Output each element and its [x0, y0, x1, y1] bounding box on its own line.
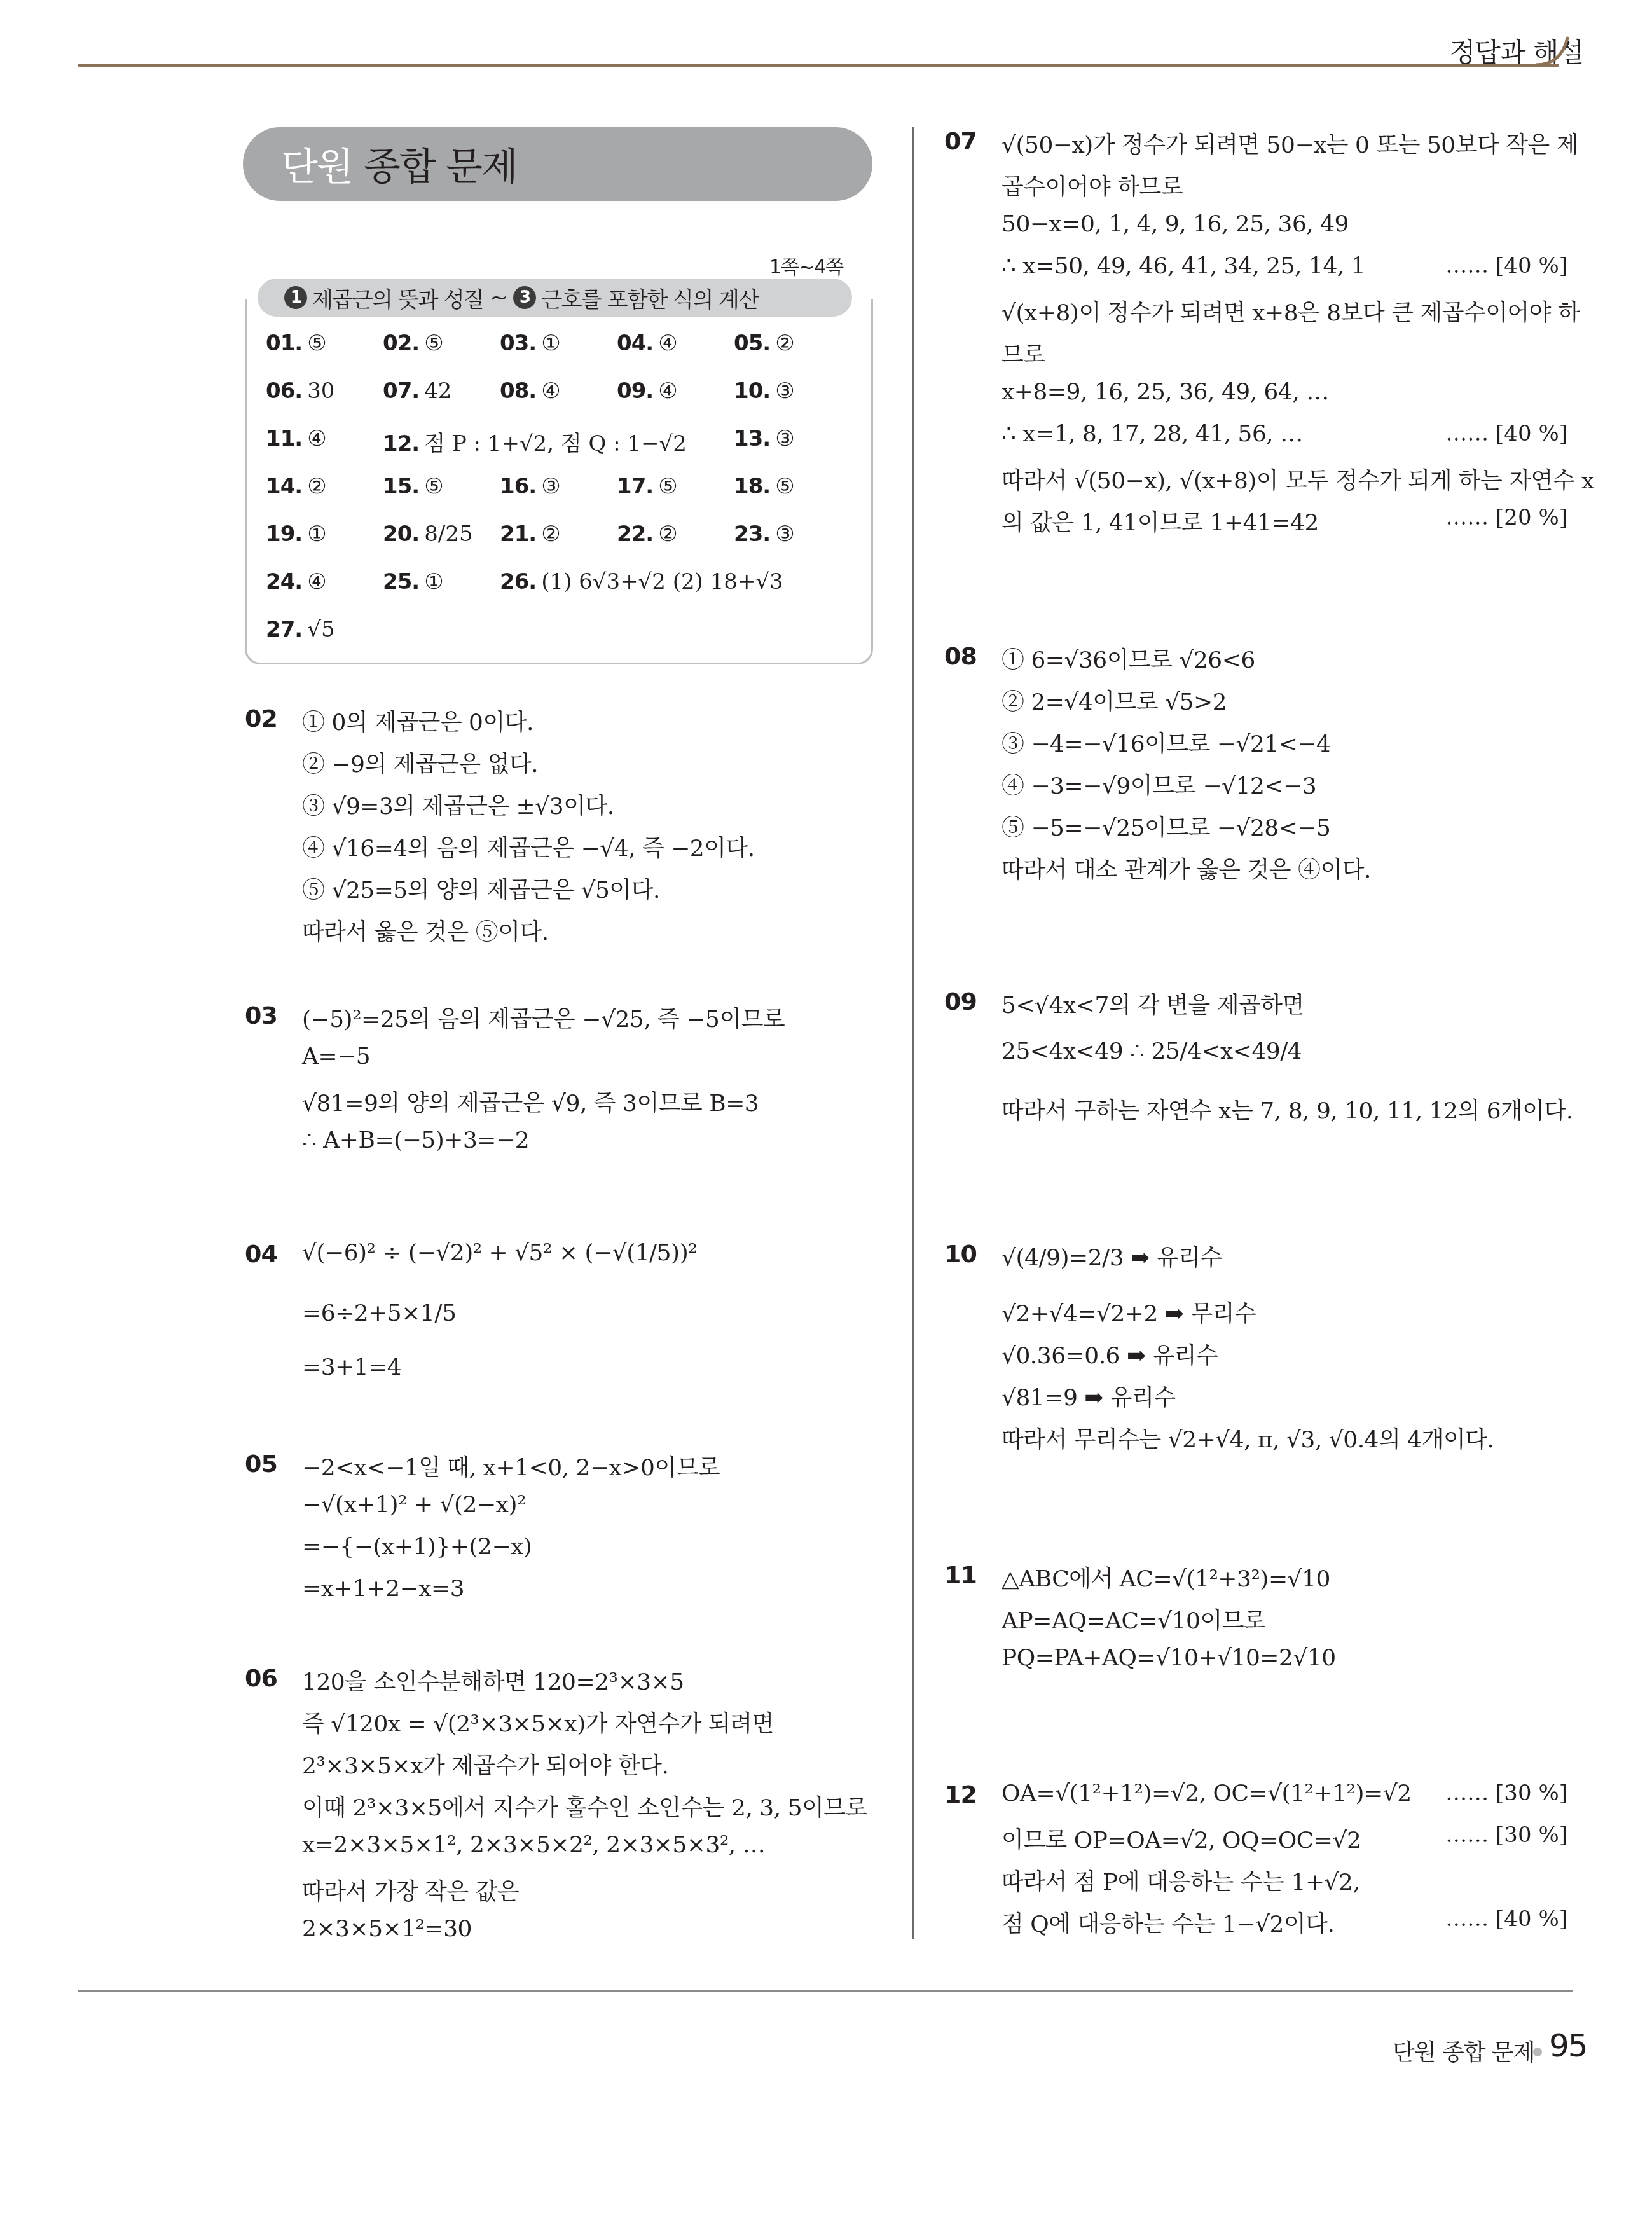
solution-number: 06 [245, 1664, 277, 1692]
solution-line: x=2×3×5×1², 2×3×5×2², 2×3×5×3², … [302, 1832, 765, 1858]
column-divider [912, 127, 914, 1939]
answer-item: 12.점 P : 1+√2, 점 Q : 1−√2 [383, 426, 687, 457]
solution-line: ④ −3=−√9이므로 −√12<−3 [1002, 768, 1316, 801]
answer-item: 26.(1) 6√3+√2 (2) 18+√3 [500, 569, 783, 595]
footer-bullet-icon [1533, 2048, 1542, 2056]
solution-line: 따라서 대소 관계가 옳은 것은 ④이다. [1002, 852, 1371, 884]
answer-item: 18.⑤ [734, 474, 795, 499]
solution-line: 의 값은 1, 41이므로 1+41=42 [1002, 505, 1319, 537]
answer-item: 13.③ [734, 426, 795, 451]
answer-item: 16.③ [500, 474, 561, 499]
answer-row: 19.① 20.8/25 21.② 22.② 23.③ [266, 521, 851, 560]
answer-item: 27.√5 [266, 617, 335, 642]
solution-line: −2<x<−1일 때, x+1<0, 2−x>0이므로 [302, 1450, 720, 1482]
solution-line: ② −9의 제곱근은 없다. [302, 747, 538, 779]
page-range: 1쪽~4쪽 [769, 251, 843, 279]
solution-line: 따라서 옳은 것은 ⑤이다. [302, 914, 549, 947]
footer-rule [78, 1990, 1573, 1992]
solution-line: 따라서 √(50−x), √(x+8)이 모두 정수가 되게 하는 자연수 x [1002, 463, 1594, 495]
solution-line: 따라서 구하는 자연수 x는 7, 8, 9, 10, 11, 12의 6개이다… [1002, 1093, 1573, 1125]
score-weight: …… [30 %] [1445, 1822, 1567, 1848]
answer-row: 11.④ 12.점 P : 1+√2, 점 Q : 1−√2 13.③ [266, 426, 851, 464]
score-weight: …… [40 %] [1445, 253, 1567, 279]
answer-item: 01.⑤ [266, 331, 327, 356]
solution-line: x+8=9, 16, 25, 36, 49, 64, … [1002, 379, 1329, 405]
solution-line: ∴ x=50, 49, 46, 41, 34, 25, 14, 1 [1002, 253, 1365, 279]
answer-row: 27.√5 [266, 617, 851, 655]
solution-line: =x+1+2−x=3 [302, 1576, 464, 1602]
header-rule [78, 64, 1559, 67]
score-weight: …… [30 %] [1445, 1780, 1567, 1806]
footer-section-label: 단원 종합 문제 [1393, 2035, 1535, 2067]
solution-number: 10 [944, 1240, 977, 1268]
solution-line: 이때 2³×3×5에서 지수가 홀수인 소인수는 2, 3, 5이므로 [302, 1790, 867, 1822]
solution-line: 따라서 가장 작은 값은 [302, 1874, 519, 1906]
answer-item: 07.42 [383, 378, 452, 404]
solution-line: ④ √16=4의 음의 제곱근은 −√4, 즉 −2이다. [302, 830, 755, 863]
answer-item: 06.30 [266, 378, 335, 404]
score-weight: …… [20 %] [1445, 505, 1567, 530]
solution-number: 07 [944, 127, 977, 155]
solution-line: 120을 소인수분해하면 120=2³×3×5 [302, 1664, 684, 1697]
solution-line: ⑤ √25=5의 양의 제곱근은 √5이다. [302, 872, 660, 905]
solution-number: 02 [245, 705, 277, 733]
answer-item: 02.⑤ [383, 331, 444, 356]
unit-title-dark: 종합 문제 [364, 137, 517, 191]
answer-item: 23.③ [734, 521, 795, 547]
answer-item: 24.④ [266, 569, 327, 595]
answer-item: 11.④ [266, 426, 327, 451]
solution-line: 2³×3×5×x가 제곱수가 되어야 한다. [302, 1748, 668, 1780]
solution-line: 즉 √120x = √(2³×3×5×x)가 자연수가 되려면 [302, 1706, 774, 1738]
answer-item: 15.⑤ [383, 474, 444, 499]
solution-number: 04 [245, 1240, 277, 1268]
section-number-badge: 3 [513, 286, 536, 309]
solution-line: 따라서 점 P에 대응하는 수는 1+√2, [1002, 1864, 1359, 1897]
answer-row: 14.② 15.⑤ 16.③ 17.⑤ 18.⑤ [266, 474, 851, 512]
solution-line: ③ √9=3의 제곱근은 ±√3이다. [302, 788, 614, 821]
range-separator: ~ [490, 285, 507, 310]
section-number-badge: 1 [284, 286, 307, 309]
answer-item: 03.① [500, 331, 561, 356]
solution-line: A=−5 [302, 1043, 370, 1070]
unit-title-light: 단원 [281, 137, 352, 191]
solution-line: 므로 [1002, 337, 1045, 369]
solution-line: ∴ x=1, 8, 17, 28, 41, 56, … [1002, 421, 1303, 447]
solution-line: ② 2=√4이므로 √5>2 [1002, 684, 1227, 717]
solution-line: 5<√4x<7의 각 변을 제곱하면 [1002, 988, 1304, 1020]
solution-line: −√(x+1)² + √(2−x)² [302, 1492, 526, 1518]
solution-line: OA=√(1²+1²)=√2, OC=√(1²+1²)=√2 [1002, 1780, 1412, 1807]
answer-row: 06.30 07.42 08.④ 09.④ 10.③ [266, 378, 851, 416]
answer-item: 10.③ [734, 378, 795, 404]
solution-line: √2+√4=√2+2 ➡ 무리수 [1002, 1296, 1256, 1328]
answer-item: 20.8/25 [383, 521, 473, 547]
solution-line: (−5)²=25의 음의 제곱근은 −√25, 즉 −5이므로 [302, 1001, 785, 1034]
solution-line: ① 0의 제곱근은 0이다. [302, 705, 533, 737]
solution-line: √81=9의 양의 제곱근은 √9, 즉 3이므로 B=3 [302, 1085, 759, 1118]
answer-row: 24.④ 25.① 26.(1) 6√3+√2 (2) 18+√3 [266, 569, 851, 607]
solution-line: =−{−(x+1)}+(2−x) [302, 1534, 532, 1560]
section-title-start: 제곱근의 뜻과 성질 [312, 282, 483, 313]
solution-line: =3+1=4 [302, 1354, 401, 1380]
solution-line: ① 6=√36이므로 √26<6 [1002, 642, 1255, 675]
answer-item: 09.④ [617, 378, 678, 404]
answer-row: 01.⑤ 02.⑤ 03.① 04.④ 05.② [266, 331, 851, 369]
answer-item: 14.② [266, 474, 327, 499]
solution-line: ③ −4=−√16이므로 −√21<−4 [1002, 726, 1331, 759]
unit-title-banner: 단원 종합 문제 [243, 127, 872, 201]
answer-item: 25.① [383, 569, 444, 595]
solution-number: 05 [245, 1450, 277, 1478]
solution-line: 2×3×5×1²=30 [302, 1916, 472, 1942]
solution-line: √(−6)² ÷ (−√2)² + √5² × (−√(1/5))² [302, 1240, 697, 1266]
solution-line: 따라서 무리수는 √2+√4, π, √3, √0.4의 4개이다. [1002, 1422, 1494, 1454]
answer-item: 17.⑤ [617, 474, 678, 499]
solution-number: 03 [245, 1001, 277, 1029]
header-rule-curve [1536, 35, 1574, 67]
answer-item: 05.② [734, 331, 795, 356]
solution-line: 25<4x<49 ∴ 25/4<x<49/4 [1002, 1038, 1302, 1064]
solution-line: =6÷2+5×1/5 [302, 1300, 456, 1326]
answer-item: 04.④ [617, 331, 678, 356]
solution-line: △ABC에서 AC=√(1²+3²)=√10 [1002, 1561, 1330, 1593]
answer-item: 19.① [266, 521, 327, 547]
answer-item: 08.④ [500, 378, 561, 404]
score-weight: …… [40 %] [1445, 421, 1567, 446]
solution-number: 09 [944, 988, 977, 1015]
solution-line: AP=AQ=AC=√10이므로 [1002, 1603, 1265, 1635]
solution-number: 08 [944, 642, 977, 670]
solution-line: √0.36=0.6 ➡ 유리수 [1002, 1338, 1218, 1370]
page-number: 95 [1549, 2027, 1587, 2064]
solution-number: 11 [944, 1561, 977, 1589]
solution-line: √(50−x)가 정수가 되려면 50−x는 0 또는 50보다 작은 제 [1002, 127, 1578, 160]
answer-item: 22.② [617, 521, 678, 547]
solution-line: ⑤ −5=−√25이므로 −√28<−5 [1002, 810, 1331, 843]
answer-item: 21.② [500, 521, 561, 547]
solution-line: 점 Q에 대응하는 수는 1−√2이다. [1002, 1906, 1334, 1939]
solution-line: √(4/9)=2/3 ➡ 유리수 [1002, 1240, 1222, 1272]
solution-line: PQ=PA+AQ=√10+√10=2√10 [1002, 1645, 1336, 1671]
solution-line: 곱수이어야 하므로 [1002, 169, 1183, 202]
solution-line: √(x+8)이 정수가 되려면 x+8은 8보다 큰 제곱수이어야 하 [1002, 295, 1580, 327]
score-weight: …… [40 %] [1445, 1906, 1567, 1932]
solution-line: ∴ A+B=(−5)+3=−2 [302, 1127, 529, 1153]
solution-line: 이므로 OP=OA=√2, OQ=OC=√2 [1002, 1822, 1361, 1855]
solution-number: 12 [944, 1780, 977, 1808]
section-title-end: 근호를 포함한 식의 계산 [541, 282, 758, 313]
quick-answer-heading: 1 제곱근의 뜻과 성질 ~ 3 근호를 포함한 식의 계산 [258, 279, 852, 317]
solution-line: 50−x=0, 1, 4, 9, 16, 25, 36, 49 [1002, 211, 1349, 237]
solution-line: √81=9 ➡ 유리수 [1002, 1380, 1176, 1412]
